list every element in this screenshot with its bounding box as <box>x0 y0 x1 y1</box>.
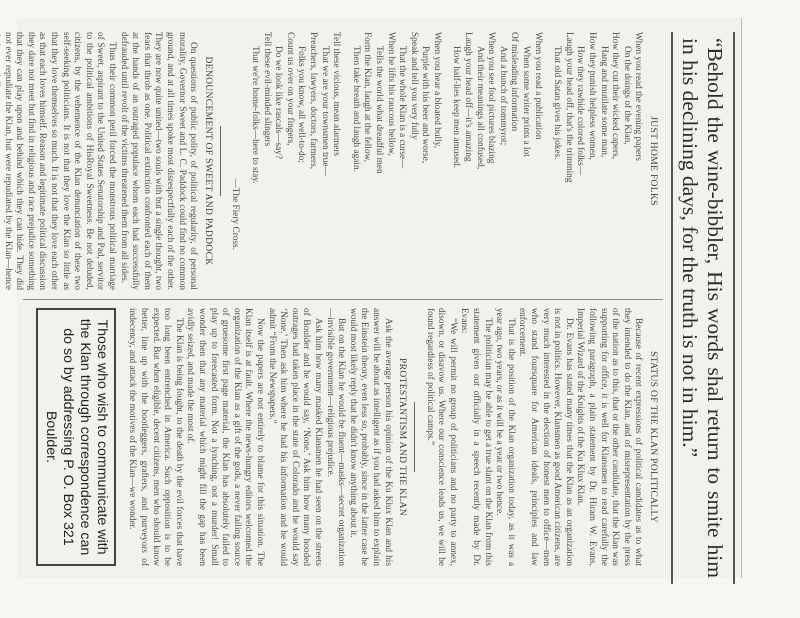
paragraph: “We will permit no group of politicians … <box>423 308 458 566</box>
poem-line: When you see fool pictures blazing <box>485 32 497 290</box>
poem-line: Preachers, lawyers, doctors, farmers, <box>306 32 318 290</box>
paragraph: Thus their common peril forced the monst… <box>0 32 117 290</box>
poem-line: Of misleading information <box>508 32 520 290</box>
poem-line: How they rawhide colored folks— <box>574 32 586 290</box>
poem-line: That we are your townsmen true— <box>318 32 330 290</box>
poem-attribution: —The Fiery Cross. <box>229 32 241 290</box>
poem-title: JUST HOME FOLKS <box>647 32 659 290</box>
newspaper-clipping: “Behold the wine-bibbler, His words shal… <box>17 18 742 578</box>
poem-stanza: When you hear a bloated bully,Purple wit… <box>349 32 442 290</box>
left-column: JUST HOME FOLKS When you read the evenin… <box>0 32 663 290</box>
paragraph: Ask him how many masked Klansmen he had … <box>265 308 323 566</box>
poem-line: When you hear a bloated bully, <box>430 32 442 290</box>
poem-line: And their meanings all confused, <box>473 32 485 290</box>
poem-line: Speak and tell you very fully <box>407 32 419 290</box>
poem-line: How they cut their wicked capers, <box>609 32 621 290</box>
columns: JUST HOME FOLKS When you read the evenin… <box>23 32 663 572</box>
poem-line: Form the Klan, laugh at the fellow, <box>361 32 373 290</box>
po-box-notice: Those who wish to communicate with the K… <box>36 308 116 566</box>
poem-line: When he lifts his raucous bellow, <box>384 32 396 290</box>
poem-line: Then take breath and laugh again. <box>349 32 361 290</box>
poem-stanza: Tell these vicious, mean alarmersThat we… <box>248 32 341 290</box>
paragraph: Now the papers are not entirely to blame… <box>184 308 265 566</box>
poem-line: When you read the evening papers <box>632 32 644 290</box>
poem-line: Laugh your head off, that's the trimming <box>562 32 574 290</box>
poem-line: Folks you know, all well-to-do; <box>295 32 307 290</box>
poem-line: Tell these evil-minded slingers <box>260 32 272 290</box>
right-column: STATUS OF THE KLAN POLITICALLY Because o… <box>36 308 663 566</box>
poem-body: When you read the evening papersOn the d… <box>248 32 643 290</box>
headline-quote: “Behold the wine-bibbler, His words shal… <box>671 32 735 584</box>
section-divider <box>220 126 221 196</box>
column-rule <box>23 299 663 300</box>
paragraph: Because of recent expressions of politic… <box>574 308 644 566</box>
section-divider <box>414 402 415 472</box>
poem-line: That the whole Klan is a curse— <box>396 32 408 290</box>
poem-line: That old Satan gives his jokes. <box>551 32 563 290</box>
article-title-status: STATUS OF THE KLAN POLITICALLY <box>647 308 659 566</box>
poem-line: Purple with his beer and worse, <box>419 32 431 290</box>
poem-line: Hang and mutilate some man, <box>597 32 609 290</box>
poem-line: Do we look like rascals—say? <box>272 32 284 290</box>
paragraph: But on the Klan he would be fluent—masks… <box>323 308 346 566</box>
article-title-sweet-paddock: DENOUNCEMENT OF SWEET AND PADDOCK <box>202 32 214 290</box>
poem-stanza: When you read a publicationWhen some wri… <box>450 32 543 290</box>
poem-line: On the doings of the Klan, <box>620 32 632 290</box>
poem-line: And a bunch of tommyrot; <box>496 32 508 290</box>
poem-line: When you read a publication <box>531 32 543 290</box>
article-title-protestantism: PROTESTANTISM AND THE KLAN <box>397 308 409 566</box>
paragraph: On questions of public polity, of politi… <box>117 32 198 290</box>
poem-line: That we're home-folks—here to stay. <box>248 32 260 290</box>
poem-line: Count us over on your fingers, <box>283 32 295 290</box>
poem-stanza: When you read the evening papersOn the d… <box>551 32 644 290</box>
paragraph: Ask the average person his opinion of th… <box>346 308 392 566</box>
poem-line: When some writer prints a lot <box>519 32 531 290</box>
poem-line: Laugh your head off—it's amazing <box>462 32 474 290</box>
paragraph: That is the position of the Klan organiz… <box>493 308 516 566</box>
paragraph: The politician may be able to get a true… <box>458 308 493 566</box>
poem-line: How half-lies keep men amused. <box>450 32 462 290</box>
paragraph: Dr. Evans has stated many times that the… <box>516 308 574 566</box>
poem-line: Tells the world what dreadful men <box>372 32 384 290</box>
newspaper-page: “Behold the wine-bibbler, His words shal… <box>0 0 800 618</box>
poem-line: Tell these vicious, mean alarmers <box>330 32 342 290</box>
poem-line: How they punish helpless women, <box>585 32 597 290</box>
paragraph: The Klan is being fought, to the death b… <box>126 308 184 566</box>
